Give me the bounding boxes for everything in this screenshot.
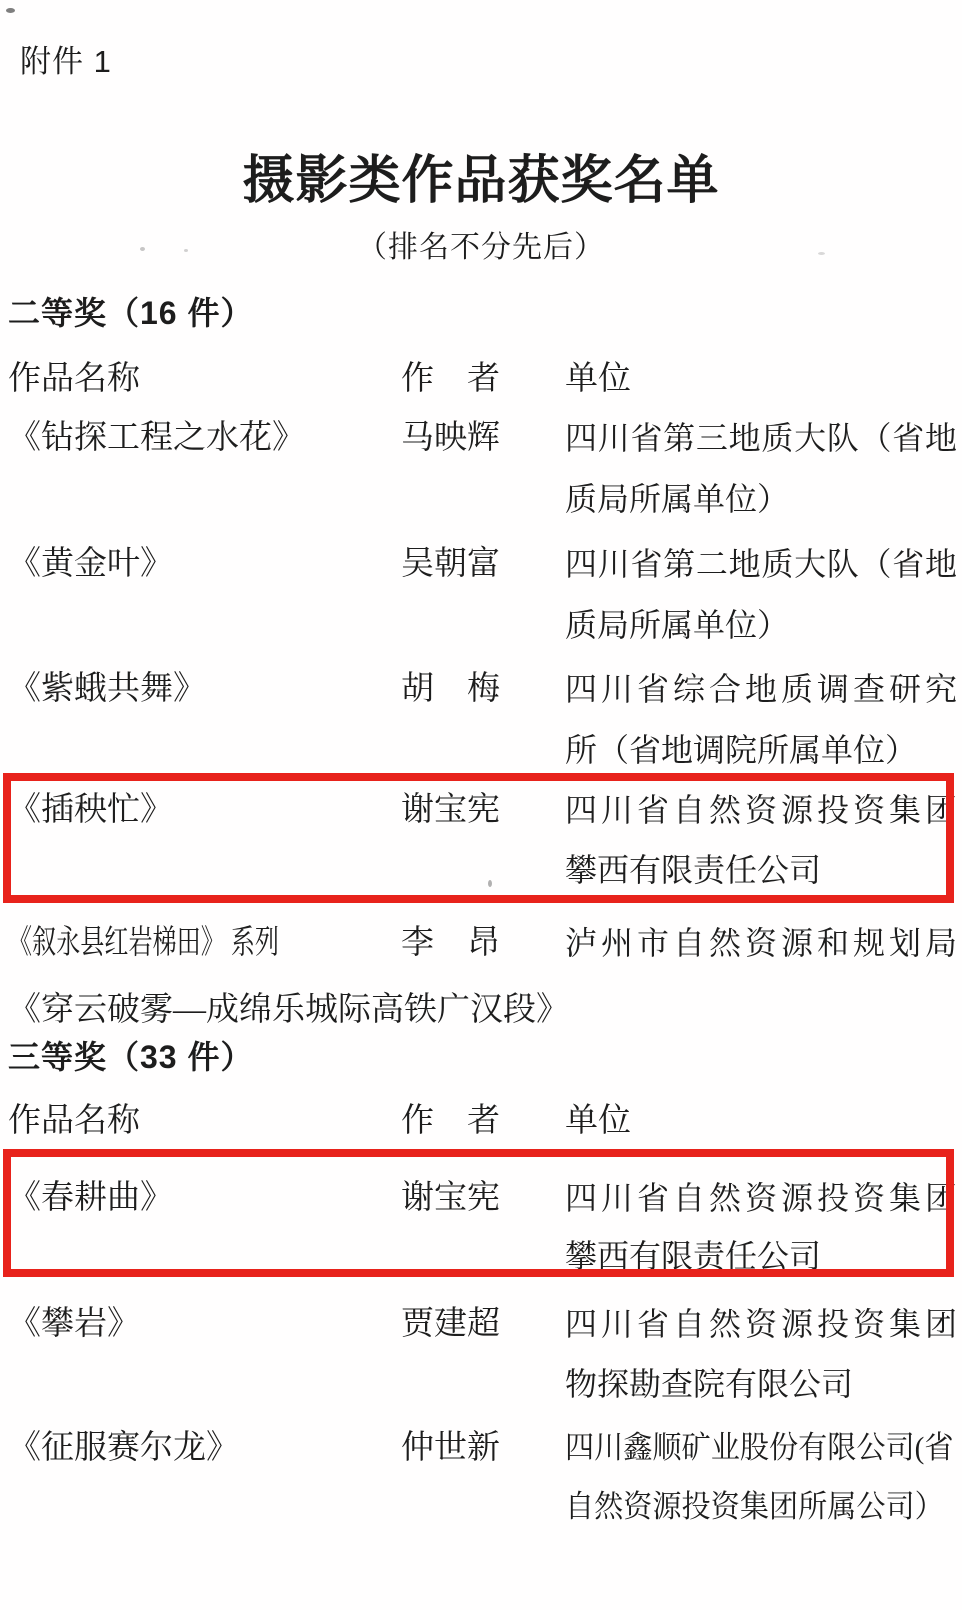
row-line: 攀西有限责任公司 bbox=[0, 1238, 962, 1282]
scan-artifact bbox=[6, 8, 15, 13]
scan-artifact bbox=[184, 249, 188, 252]
work-title-cell: 《钻探工程之水花》 bbox=[8, 420, 305, 458]
row-line: 《插秧忙》谢宝宪四川省自然资源投资集团 bbox=[0, 792, 962, 836]
work-title-cell: 《紫蛾共舞》 bbox=[8, 671, 206, 709]
section-heading: 三等奖（33 件） bbox=[8, 1040, 254, 1075]
row-line: 《黄金叶》吴朝富四川省第二地质大队（省地 bbox=[0, 546, 962, 590]
author-cell: 马映辉 bbox=[401, 420, 500, 458]
unit-cell: 四川省第二地质大队（省地 bbox=[565, 546, 957, 582]
author-cell: 仲世新 bbox=[401, 1430, 500, 1468]
unit-cell: 四川鑫顺矿业股份有限公司(省 bbox=[565, 1430, 933, 1465]
author-cell: 吴朝富 bbox=[401, 546, 500, 584]
column-header-author: 作 者 bbox=[401, 1103, 500, 1141]
work-title-cell: 《黄金叶》 bbox=[8, 546, 173, 584]
column-header-row: 作品名称作 者单位 bbox=[0, 1103, 962, 1147]
work-title-cell: 《穿云破雾—成绵乐城际高铁广汉段》 bbox=[8, 992, 569, 1030]
unit-cell: 攀西有限责任公司 bbox=[565, 852, 957, 888]
work-title-cell: 《春耕曲》 bbox=[8, 1180, 173, 1218]
row-line: 《攀岩》贾建超四川省自然资源投资集团 bbox=[0, 1306, 962, 1350]
unit-cell: 攀西有限责任公司 bbox=[565, 1238, 957, 1274]
author-cell: 谢宝宪 bbox=[401, 1180, 500, 1218]
unit-cell: 物探勘查院有限公司 bbox=[565, 1366, 957, 1402]
unit-cell: 四川省综合地质调查研究 bbox=[565, 671, 957, 707]
row-line: 质局所属单位） bbox=[0, 481, 962, 525]
author-cell: 胡 梅 bbox=[401, 671, 500, 709]
row-line: 《春耕曲》谢宝宪四川省自然资源投资集团 bbox=[0, 1180, 962, 1224]
page-title: 摄影类作品获奖名单 bbox=[0, 153, 962, 210]
row-line: 所（省地调院所属单位） bbox=[0, 732, 962, 776]
row-line: 攀西有限责任公司 bbox=[0, 852, 962, 896]
row-line: 物探勘查院有限公司 bbox=[0, 1366, 962, 1410]
scan-artifact bbox=[140, 247, 145, 251]
unit-cell: 四川省第三地质大队（省地 bbox=[565, 420, 957, 456]
column-header-author: 作 者 bbox=[401, 361, 500, 399]
column-header-name: 作品名称 bbox=[8, 361, 140, 399]
unit-cell: 所（省地调院所属单位） bbox=[565, 732, 957, 768]
row-line: 《征服赛尔龙》仲世新四川鑫顺矿业股份有限公司(省 bbox=[0, 1430, 962, 1474]
row-line: 《钻探工程之水花》马映辉四川省第三地质大队（省地 bbox=[0, 420, 962, 464]
work-title-cell: 《叙永县红岩梯田》 系列 bbox=[8, 925, 279, 963]
scan-artifact bbox=[818, 252, 825, 255]
author-cell: 李 昂 bbox=[401, 925, 500, 963]
column-header-name: 作品名称 bbox=[8, 1103, 140, 1141]
work-title-cell: 《征服赛尔龙》 bbox=[8, 1430, 239, 1468]
author-cell: 贾建超 bbox=[401, 1306, 500, 1344]
row-line: 《紫蛾共舞》胡 梅四川省综合地质调查研究 bbox=[0, 671, 962, 715]
unit-cell: 质局所属单位） bbox=[565, 481, 957, 517]
column-header-row: 作品名称作 者单位 bbox=[0, 361, 962, 405]
work-title-cell: 《攀岩》 bbox=[8, 1306, 140, 1344]
work-title-cell: 《插秧忙》 bbox=[8, 792, 173, 830]
attachment-label: 附件 1 bbox=[20, 44, 112, 80]
unit-cell: 四川省自然资源投资集团 bbox=[565, 1306, 957, 1342]
unit-cell: 四川省自然资源投资集团 bbox=[565, 792, 957, 828]
author-cell: 谢宝宪 bbox=[401, 792, 500, 830]
row-line: 《穿云破雾—成绵乐城际高铁广汉段》 bbox=[0, 992, 962, 1036]
row-line: 自然资源投资集团所属公司） bbox=[0, 1489, 962, 1533]
column-header-unit: 单位 bbox=[565, 1103, 631, 1141]
document-page: 附件 1 摄影类作品获奖名单 （排名不分先后） 二等奖（16 件）作品名称作 者… bbox=[0, 0, 962, 1610]
row-line: 质局所属单位） bbox=[0, 607, 962, 651]
unit-cell: 四川省自然资源投资集团 bbox=[565, 1180, 957, 1216]
unit-cell: 自然资源投资集团所属公司） bbox=[565, 1489, 933, 1524]
unit-cell: 质局所属单位） bbox=[565, 607, 957, 643]
unit-cell: 泸州市自然资源和规划局 bbox=[565, 925, 957, 961]
scan-artifact bbox=[488, 880, 492, 887]
section-heading: 二等奖（16 件） bbox=[8, 296, 254, 331]
row-line: 《叙永县红岩梯田》 系列李 昂泸州市自然资源和规划局 bbox=[0, 925, 962, 969]
column-header-unit: 单位 bbox=[565, 361, 631, 399]
